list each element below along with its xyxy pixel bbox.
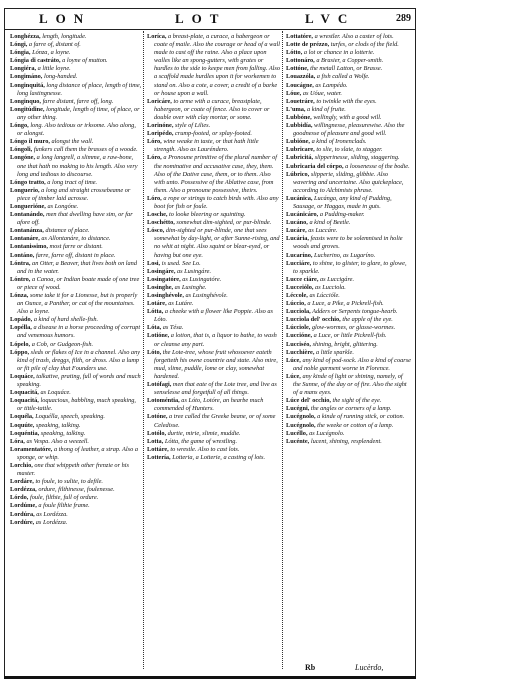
headword: Lucce ciáre, xyxy=(286,276,318,283)
definition: most farre or distant. xyxy=(50,243,103,250)
headword: Lucénte, xyxy=(286,438,309,445)
definition: a Pudding-maker. xyxy=(320,211,365,218)
dictionary-entry: Lóntra, an Otter, a Beaver, that lives b… xyxy=(10,260,142,276)
headword: Loricáre, xyxy=(147,98,172,105)
definition: a Luce, or little Pickrell-fish. xyxy=(314,332,387,339)
dictionary-entry: Lorchio, one that whippeth other frenzie… xyxy=(10,462,142,478)
dictionary-entry: Lontanissimo, most farre or distant. xyxy=(10,243,142,251)
dictionary-entry: Lúccio, a Luce, a Pike, a Pickrell-fish. xyxy=(286,300,411,308)
definition: a loyne of mutton. xyxy=(62,57,107,64)
definition: glow-wormes, or glasse-wormes. xyxy=(312,324,395,331)
headword: L'uma, xyxy=(286,106,305,113)
dictionary-entry: Léccole, as Lúccióle. xyxy=(286,292,411,300)
definition: as Lusinghévole. xyxy=(186,292,228,299)
headword: Lubióne, xyxy=(286,138,310,145)
dictionary-entry: Lordáre, to foule, to sulite, to defile. xyxy=(10,478,142,486)
headword: Longuerióne, xyxy=(10,203,46,210)
headword: Lubbóne, xyxy=(286,114,312,121)
definition: an Otter, a Beaver, that lives both on l… xyxy=(17,260,137,275)
dictionary-entry: Loquéla, Loquélla, speech, speaking. xyxy=(10,413,142,421)
headword: Losche, xyxy=(147,211,167,218)
dictionary-entry: Lontanáre, as Allontanáre, to distance. xyxy=(10,235,142,243)
dictionary-entry: Louetráre, to twinkle with the eyes. xyxy=(286,98,411,106)
definition: Lótta, the game of wrestling. xyxy=(165,438,237,445)
definition: a loosenesse of the bodie. xyxy=(345,163,410,170)
headword: Lónza, xyxy=(10,292,28,299)
definition: as Lusingatóre. xyxy=(182,276,221,283)
dictionary-entry: Lucégnolo, a kinde of running stick, or … xyxy=(286,413,411,421)
definition: as Lordézza. xyxy=(36,519,68,526)
headword: Luccióne, xyxy=(286,332,312,339)
definition: long. Also tedious or irksome. Also alon… xyxy=(17,122,136,137)
definition: crump-footed, or splay-footed. xyxy=(175,130,252,137)
dictionary-entry: Lubricitá, slipperinesse, sliding, stagg… xyxy=(286,154,411,162)
dictionary-entry: Lottonáro, a Brasier, a Copper-smith. xyxy=(286,57,411,65)
headword: Lubricare, xyxy=(286,146,315,153)
dictionary-entry: Lottáre, to wrestle. Also to cast lots. xyxy=(147,446,281,454)
dictionary-entry: Loripédo, crump-footed, or splay-footed. xyxy=(147,130,281,138)
dictionary-entry: Losingatóre, as Lusingatóre. xyxy=(147,276,281,284)
headword: Lótto, xyxy=(286,49,302,56)
definition: as Lucégnolo. xyxy=(309,430,344,437)
dictionary-entry: Longitúdine, longitude, length of time, … xyxy=(10,106,142,122)
definition: Adders or Serpents tongue-hearb. xyxy=(312,308,397,315)
definition: as Lampédo. xyxy=(315,82,347,89)
headword: Lottóne, xyxy=(286,65,309,72)
dictionary-entry: Luccióne, a Luce, or little Pickrell-fis… xyxy=(286,332,411,340)
definition: as Allontanáre, to distance. xyxy=(41,235,110,242)
definition: a little loyne. xyxy=(38,65,71,72)
dictionary-entry: Lóngoli, funkers call them the brasses o… xyxy=(10,146,142,154)
definition: to slie, to slaie, to stagger. xyxy=(316,146,382,153)
definition: a Pronoune primitive of the plural numbe… xyxy=(154,154,277,193)
headword: Lordáre, xyxy=(10,478,34,485)
dictionary-entry: Longinquitá, long distance of place, len… xyxy=(10,82,142,98)
dictionary-entry: Lóro, a Pronoune primitive of the plural… xyxy=(147,154,281,194)
dictionary-entry: Lucce ciáre, as Luccigáre. xyxy=(286,276,411,284)
headword: Loripédo, xyxy=(147,130,173,137)
page-bottom-edge xyxy=(4,676,416,679)
dictionary-entry: Lordúra, as Lordézza. xyxy=(10,511,142,519)
dictionary-entry: Lótto, a lot or chance in a lotterie. xyxy=(286,49,411,57)
headword: Lontanáre, xyxy=(10,235,40,242)
dictionary-entry: Lubricare, to slie, to slaie, to stagger… xyxy=(286,146,411,154)
headword: Lontáno, xyxy=(10,252,34,259)
definition: a Cob, or Gudgeon-fish. xyxy=(32,341,93,348)
dictionary-entry: Longuerióne, as Longóne. xyxy=(10,203,142,211)
dictionary-entry: Louazzóla, a fish called a Wolfe. xyxy=(286,73,411,81)
definition: a breast-plate, a curace, a habergeon or… xyxy=(154,33,280,97)
headword: Lottería, xyxy=(147,454,171,461)
headword: Lúce del' occhio, xyxy=(286,397,331,404)
headword: Lucégnolo, xyxy=(286,422,316,429)
definition: distance of place. xyxy=(45,227,89,234)
definition: long-handed. xyxy=(44,73,77,80)
definition: Lónza, a loyne. xyxy=(32,49,70,56)
headword: Longuerio, xyxy=(10,187,40,194)
catchword: Lucèrdo, xyxy=(355,663,383,672)
definition: as Vespa. Also a weezell. xyxy=(26,438,89,445)
headword: Lóngi, xyxy=(10,41,27,48)
definition: to twinkle with the eyes. xyxy=(316,98,376,105)
headword: Lotóne, xyxy=(147,413,167,420)
headword: Lubricitá, xyxy=(286,154,313,161)
dictionary-entry: Lopádo, a kind of hard shelle-fish. xyxy=(10,316,142,324)
headword: Lorchio, xyxy=(10,462,33,469)
definition: sleds or flakes of Ice in a channel. Als… xyxy=(17,349,140,372)
dictionary-entry: Losi, is used. See Lo. xyxy=(147,260,281,268)
dictionary-entry: Lucáno, a kind of Beetle. xyxy=(286,219,411,227)
dictionary-entry: Lórdo, foule, filthie, full of ordure. xyxy=(10,494,142,502)
headword: Lotáre, xyxy=(147,300,167,307)
column-rule-2 xyxy=(282,31,283,669)
headword: Lucciáre, xyxy=(286,260,311,267)
headword: Longimáno, xyxy=(10,73,42,80)
definition: funkers call them the brasses of a woode… xyxy=(34,146,138,153)
headword: Lóro, xyxy=(147,154,162,161)
dictionary-entry: Lotta, Lótta, the game of wrestling. xyxy=(147,438,281,446)
headword: Losingáre, xyxy=(147,268,175,275)
definition: is used. See Lo. xyxy=(162,260,201,267)
dictionary-entry: Longuerio, a long and straight crossebea… xyxy=(10,187,142,203)
headword: Lucégni, xyxy=(286,405,309,412)
header-right: LVC xyxy=(305,11,355,27)
headword: Lórdo, xyxy=(10,494,28,501)
dictionary-entry: Lubióne, a kind of Ironenclads. xyxy=(286,138,411,146)
column-left: Longhézza, length, longitude.Lóngi, a fa… xyxy=(10,33,142,527)
definition: the metall Latton, or Brasse. xyxy=(310,65,382,72)
dictionary-entry: Lucánicáro, a Pudding-maker. xyxy=(286,211,411,219)
headword: Lóntro, xyxy=(10,276,30,283)
dictionary-entry: Lordúre, as Lordézza. xyxy=(10,519,142,527)
headword: Lucánicáro, xyxy=(286,211,318,218)
headword: Lópelo, xyxy=(10,341,30,348)
headword: Losi, xyxy=(147,260,160,267)
headword: Longinquitá, xyxy=(10,82,45,89)
headword: Lucáno, xyxy=(286,219,308,226)
dictionary-entry: Lontanánza, distance of place. xyxy=(10,227,142,235)
dictionary-page: LON LOT LVC 289 Longhézza, length, longi… xyxy=(4,8,416,679)
dictionary-entry: Lóngo il muro, alongst the wall. xyxy=(10,138,142,146)
headword: Lóngo tratto, xyxy=(10,179,46,186)
dictionary-entry: Lóro, a rope or strings to catch birds w… xyxy=(147,195,281,211)
definition: a rope or strings to catch birds with. A… xyxy=(154,195,279,210)
definition: the sight of the eye. xyxy=(333,397,382,404)
definition: as Lusinghe. xyxy=(175,284,207,291)
dictionary-entry: Lóppo, sleds or flakes of Ice in a chann… xyxy=(10,349,142,373)
headword: Lopélla, xyxy=(10,324,32,331)
headword: Lóto, xyxy=(147,349,161,356)
dictionary-entry: Lotióne, a lotion, that is, a liquor to … xyxy=(147,332,281,348)
definition: a long tract of time. xyxy=(47,179,97,186)
definition: to arme with a curace, breastplate, habe… xyxy=(154,98,269,121)
dictionary-entry: Longóne, a long langrell, a slimme, a ra… xyxy=(10,154,142,178)
dictionary-entry: Lúce, any kinde of light or shining, nam… xyxy=(286,373,411,397)
signature-mark: Rb xyxy=(305,663,315,672)
dictionary-entry: Lótta, a cheeke with a flower like Poppi… xyxy=(147,308,281,324)
dictionary-entry: Lúce, any kind of pod-sock. Also a kind … xyxy=(286,357,411,373)
dictionary-entry: Lóue, as Uóue, water. xyxy=(286,90,411,98)
headword: Loquacitá, xyxy=(10,389,39,396)
headword: Lubbidía, xyxy=(286,122,312,129)
headword: Lóro, xyxy=(147,195,162,202)
definition: any kind of pod-sock. Also a kind of coa… xyxy=(293,357,411,372)
dictionary-entry: Lucánica, Lucánga, any kind of Pudding, … xyxy=(286,195,411,211)
dictionary-entry: Longimáno, long-handed. xyxy=(10,73,142,81)
headword: Lucciséo, xyxy=(286,341,311,348)
headword: Lótta, xyxy=(147,308,163,315)
headword: Lucciola, xyxy=(286,308,311,315)
definition: a long langrell, a slimme, a raw-bone, o… xyxy=(17,154,138,177)
page-number: 289 xyxy=(396,13,411,24)
dictionary-entry: Losingáre, as Lusingáre. xyxy=(147,268,281,276)
headword: Losinghe, xyxy=(147,284,173,291)
definition: somewhat dim-sighted, or pur-blinde. xyxy=(176,219,271,226)
dictionary-entry: Losche, to looke bleering or squinting. xyxy=(147,211,281,219)
definition: men that eate of the Lote tree, and live… xyxy=(154,381,277,396)
dictionary-entry: Loramentatóre, a thong of leather, a str… xyxy=(10,446,142,462)
headword: Lotoméntia, xyxy=(147,397,180,404)
definition: a kinde of running stick, or cotton. xyxy=(317,413,404,420)
headword: Louetráre, xyxy=(286,98,315,105)
running-header: LON LOT LVC 289 xyxy=(5,9,415,30)
headword: Lóue, xyxy=(286,90,301,97)
dictionary-entry: Lopélla, a disease in a horse proceeding… xyxy=(10,324,142,340)
headword: Loquacitá, xyxy=(10,397,39,404)
headword: Lotólo, xyxy=(147,430,166,437)
dictionary-entry: Lónza, some take it for a Lionesse, but … xyxy=(10,292,142,316)
dictionary-entry: Lucaríno, Lucherino, as Lugaríno. xyxy=(286,252,411,260)
headword: Loríca, xyxy=(147,33,166,40)
definition: a kind of Ironenclads. xyxy=(312,138,367,145)
definition: ordure, filthinesse, foulenesse. xyxy=(38,486,114,493)
dictionary-entry: Longinquo, farre distant, farre off, lon… xyxy=(10,98,142,106)
headword: Lóngoli, xyxy=(10,146,32,153)
headword: Lontanissimo, xyxy=(10,243,48,250)
headword: Lotióne, xyxy=(147,332,169,339)
dictionary-entry: Lóro, wine weake in taste, or that hath … xyxy=(147,138,281,154)
headword: Lúccio, xyxy=(286,300,306,307)
dictionary-entry: Lóngo, long. Also tedious or irksome. Al… xyxy=(10,122,142,138)
dictionary-entry: Lotáre, as Lutáre. xyxy=(147,300,281,308)
headword: Lopádo, xyxy=(10,316,32,323)
dictionary-entry: Lottería, Lotteria, a Lotterie, a castin… xyxy=(147,454,281,462)
dictionary-entry: Lóngia di castráto, a loyne of mutton. xyxy=(10,57,142,65)
dictionary-entry: Lúbrico, slipperie, sliding, glibbie. Al… xyxy=(286,171,411,195)
dictionary-entry: Loucágne, as Lampédo. xyxy=(286,82,411,90)
headword: Léccole, xyxy=(286,292,308,299)
dictionary-entry: Lucária, feasts were to be solemnised in… xyxy=(286,235,411,251)
dictionary-entry: Lúce del' occhio, the sight of the eye. xyxy=(286,397,411,405)
dictionary-entry: Lontáno, farre, farre off, distant in pl… xyxy=(10,252,142,260)
definition: a lot or chance in a lotterie. xyxy=(304,49,374,56)
headword: Lucciola del' occhio, xyxy=(286,316,341,323)
headword: Lotte de prézzo, xyxy=(286,41,329,48)
dictionary-entry: L'uma, a kind of fruite. xyxy=(286,106,411,114)
headword: Longhézza, xyxy=(10,33,41,40)
headword: Lordúra, xyxy=(10,511,35,518)
headword: Longitúdine, xyxy=(10,106,44,113)
column-right: Lottatóre, a wrestler. Also a caster of … xyxy=(286,33,411,446)
headword: Lúce, xyxy=(286,357,301,364)
dictionary-entry: Lucénte, lucent, shining, resplendent. xyxy=(286,438,411,446)
definition: durtie, mirie, slimie, muddie. xyxy=(168,430,241,437)
definition: foule, filthie, full of ordure. xyxy=(30,494,98,501)
definition: a kind of hard shelle-fish. xyxy=(34,316,98,323)
dictionary-entry: Lubbóne, wellingly, with a good will. xyxy=(286,114,411,122)
definition: a fish called a Wolfe. xyxy=(317,73,370,80)
definition: a Brasier, a Copper-smith. xyxy=(316,57,383,64)
definition: the apple of the eye. xyxy=(342,316,393,323)
dictionary-entry: Lósco, dim-sighted or pur-blinde, one th… xyxy=(147,227,281,259)
definition: as Lutáre. xyxy=(168,300,193,307)
headword: Lóngo, xyxy=(10,122,29,129)
headword: Lottáre, xyxy=(147,446,169,453)
column-middle: Loríca, a breast-plate, a curace, a habe… xyxy=(147,33,281,462)
dictionary-entry: Losinghe, as Lusinghe. xyxy=(147,284,281,292)
definition: as Luccáre. xyxy=(308,227,337,234)
headword: Lóta, xyxy=(147,324,161,331)
headword: Lorinóne, xyxy=(147,122,173,129)
definition: to foule, to sulite, to defile. xyxy=(35,478,103,485)
headword: Lottatóre, xyxy=(286,33,313,40)
definition: a little sparkle. xyxy=(316,349,354,356)
definition: to shine, to glister, to glare, to glowe… xyxy=(293,260,407,275)
headword: Lóro, xyxy=(147,138,162,145)
dictionary-entry: Lóto, the Lote-tree, whose fruit whosoev… xyxy=(147,349,281,381)
definition: a cheeke with a flower like Poppie. Also… xyxy=(154,308,273,323)
dictionary-entry: Lucégnolo, the weeke or cotton of a lamp… xyxy=(286,422,411,430)
headword: Lucégnolo, xyxy=(286,413,316,420)
definition: a farre of, distant of. xyxy=(29,41,81,48)
dictionary-entry: Loquacitá, as Loquáce. xyxy=(10,389,142,397)
dictionary-entry: Lubricaria del córpo, a loosenesse of th… xyxy=(286,163,411,171)
definition: wellingly, with a good will. xyxy=(313,114,381,121)
headword: Lordézza, xyxy=(10,486,37,493)
headword: Lúcciole, xyxy=(286,324,310,331)
headword: Lordúme, xyxy=(10,502,37,509)
definition: as Uóue, water. xyxy=(303,90,342,97)
dictionary-entry: Lucégni, the angles or corners of a lamp… xyxy=(286,405,411,413)
definition: the angles or corners of a lamp. xyxy=(311,405,392,412)
dictionary-entry: Lotoméntia, as Lóto, Lotóre, an hearbe m… xyxy=(147,397,281,413)
definition: to looke bleering or squinting. xyxy=(169,211,245,218)
definition: talkative, prating, full of words and mu… xyxy=(17,373,141,388)
headword: Lotófagi, xyxy=(147,381,171,388)
dictionary-entry: Lucéllo, as Lucégnolo. xyxy=(286,430,411,438)
definition: the Lote-tree, whose fruit whosoever eat… xyxy=(154,349,278,380)
dictionary-entry: Lóngo tratto, a long tract of time. xyxy=(10,179,142,187)
definition: any kinde of light or shining, namely, o… xyxy=(293,373,407,396)
headword: Lordúre, xyxy=(10,519,34,526)
headword: Loquéla, xyxy=(10,413,34,420)
headword: Lúce, xyxy=(286,373,301,380)
dictionary-entry: Lóngi, a farre of, distant of. xyxy=(10,41,142,49)
headword: Lucceiólo, xyxy=(286,284,313,291)
headword: Longóne, xyxy=(10,154,35,161)
dictionary-entry: Lúcciole, glow-wormes, or glasse-wormes. xyxy=(286,324,411,332)
definition: as Lordézza. xyxy=(36,511,68,518)
dictionary-entry: Longhézza, length, longitude. xyxy=(10,33,142,41)
column-rule-1 xyxy=(143,31,144,669)
definition: as Loquáce. xyxy=(40,389,70,396)
headword: Longinquo, xyxy=(10,98,41,105)
headword: Loschétto, xyxy=(147,219,175,226)
dictionary-entry: Lucciáre, to shine, to glister, to glare… xyxy=(286,260,411,276)
dictionary-entry: Lontanándo, men that dwelling have sim, … xyxy=(10,211,142,227)
definition: a Luce, a Pike, a Pickrell-fish. xyxy=(307,300,383,307)
headword: Lóntra, xyxy=(10,260,30,267)
definition: slipperinesse, sliding, staggering. xyxy=(315,154,400,161)
dictionary-entry: Lubbidía, willingnesse, pleasurewise. Al… xyxy=(286,122,411,138)
definition: as Tésa. xyxy=(163,324,184,331)
dictionary-entry: Lópelo, a Cob, or Gudgeon-fish. xyxy=(10,341,142,349)
headword: Lontanánza, xyxy=(10,227,44,234)
definition: Lucherino, as Lugaríno. xyxy=(314,252,375,259)
definition: as Longóne. xyxy=(47,203,78,210)
definition: speaking, talking. xyxy=(41,430,86,437)
dictionary-entry: Lottatóre, a wrestler. Also a caster of … xyxy=(286,33,411,41)
definition: turfes, or clods of the field. xyxy=(331,41,399,48)
dictionary-entry: Loquúte, speaking, talking. xyxy=(10,422,142,430)
headword: Losingatóre, xyxy=(147,276,181,283)
header-middle: LOT xyxy=(175,11,226,27)
dictionary-entry: Lordézza, ordure, filthinesse, fouleness… xyxy=(10,486,142,494)
dictionary-entry: Lottóne, the metall Latton, or Brasse. xyxy=(286,65,411,73)
definition: as Lúccióle. xyxy=(309,292,339,299)
headword: Lottonáro, xyxy=(286,57,315,64)
dictionary-entry: Lóngia, Lónza, a loyne. xyxy=(10,49,142,57)
definition: a Canoa, or Indian boate made of one tre… xyxy=(17,276,139,291)
dictionary-entry: Losinghévole, as Lusinghévole. xyxy=(147,292,281,300)
headword: Loramentatóre, xyxy=(10,446,52,453)
header-left: LON xyxy=(39,11,91,27)
dictionary-entry: Lóta, as Tésa. xyxy=(147,324,281,332)
headword: Lucáre, xyxy=(286,227,307,234)
headword: Lóngia di castráto, xyxy=(10,57,61,64)
definition: speaking, talking. xyxy=(36,422,81,429)
definition: shining, bright, glittering. xyxy=(313,341,378,348)
dictionary-entry: Loschétto, somewhat dim-sighted, or pur-… xyxy=(147,219,281,227)
dictionary-entry: Loquéntia, speaking, talking. xyxy=(10,430,142,438)
dictionary-entry: Longiéra, a little loyne. xyxy=(10,65,142,73)
headword: Lucánica, xyxy=(286,195,312,202)
headword: Lucéllo, xyxy=(286,430,308,437)
dictionary-entry: Lorinóne, style of Lilies. xyxy=(147,122,281,130)
dictionary-entry: Loricáre, to arme with a curace, breastp… xyxy=(147,98,281,122)
headword: Loquéntia, xyxy=(10,430,39,437)
definition: style of Lilies. xyxy=(175,122,210,129)
dictionary-entry: Lotófagi, men that eate of the Lote tree… xyxy=(147,381,281,397)
headword: Losinghévole, xyxy=(147,292,184,299)
definition: a lotion, that is, a liquor to bathe, to… xyxy=(154,332,277,347)
dictionary-entry: Loquáce, talkative, prating, full of wor… xyxy=(10,373,142,389)
dictionary-entry: Loquacitá, loquacious, babbling, much sp… xyxy=(10,397,142,413)
definition: the weeke or cotton of a lamp. xyxy=(317,422,393,429)
definition: slipperie, sliding, glibbie. Also waveri… xyxy=(293,171,403,194)
definition: wine weake in taste, or that hath little… xyxy=(154,138,259,153)
headword: Lóra, xyxy=(10,438,25,445)
dictionary-entry: Lóra, as Vespa. Also a weezell. xyxy=(10,438,142,446)
dictionary-entry: Lucciola del' occhio, the apple of the e… xyxy=(286,316,411,324)
dictionary-entry: Lotte de prézzo, turfes, or clods of the… xyxy=(286,41,411,49)
definition: as Luccigáre. xyxy=(320,276,354,283)
dictionary-entry: Loríca, a breast-plate, a curace, a habe… xyxy=(147,33,281,98)
definition: Lotteria, a Lotterie, a casting of lots. xyxy=(172,454,265,461)
definition: a foule filthie frame. xyxy=(38,502,89,509)
headword: Lontanándo, xyxy=(10,211,44,218)
headword: Loucágne, xyxy=(286,82,314,89)
